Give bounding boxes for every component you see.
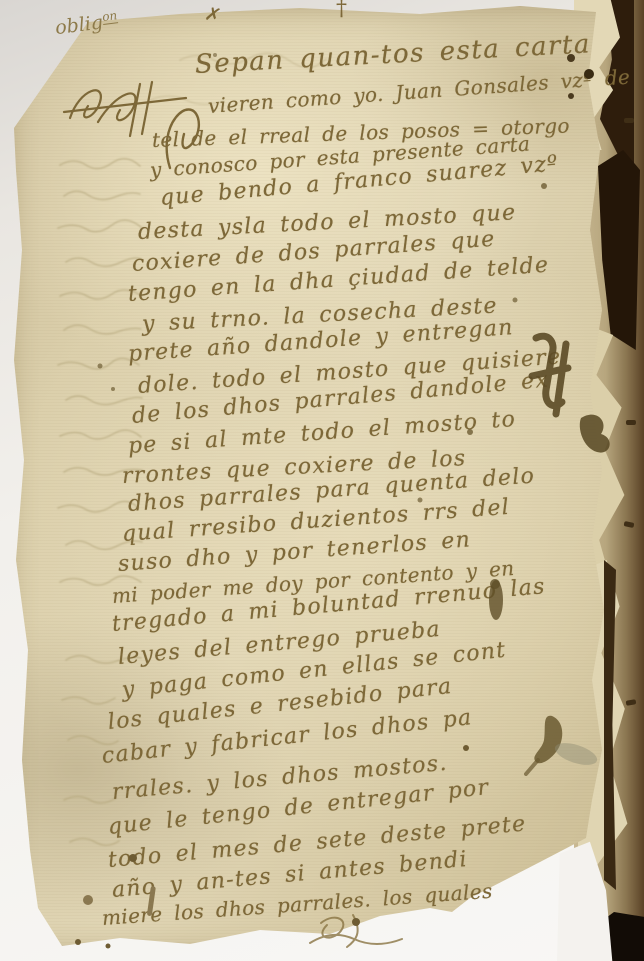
ink-blot: [580, 415, 610, 453]
ink-drip-head: [490, 579, 500, 589]
ink-blot-large: [532, 336, 568, 414]
paper-specks: [75, 53, 594, 949]
scanned-manuscript: obligon ✗ † Sepan quan-tos esta carta vi…: [0, 0, 644, 961]
ink-stains-layer: [0, 0, 644, 961]
ink-blot-tail: [526, 760, 538, 774]
ink-blot: [534, 716, 562, 763]
